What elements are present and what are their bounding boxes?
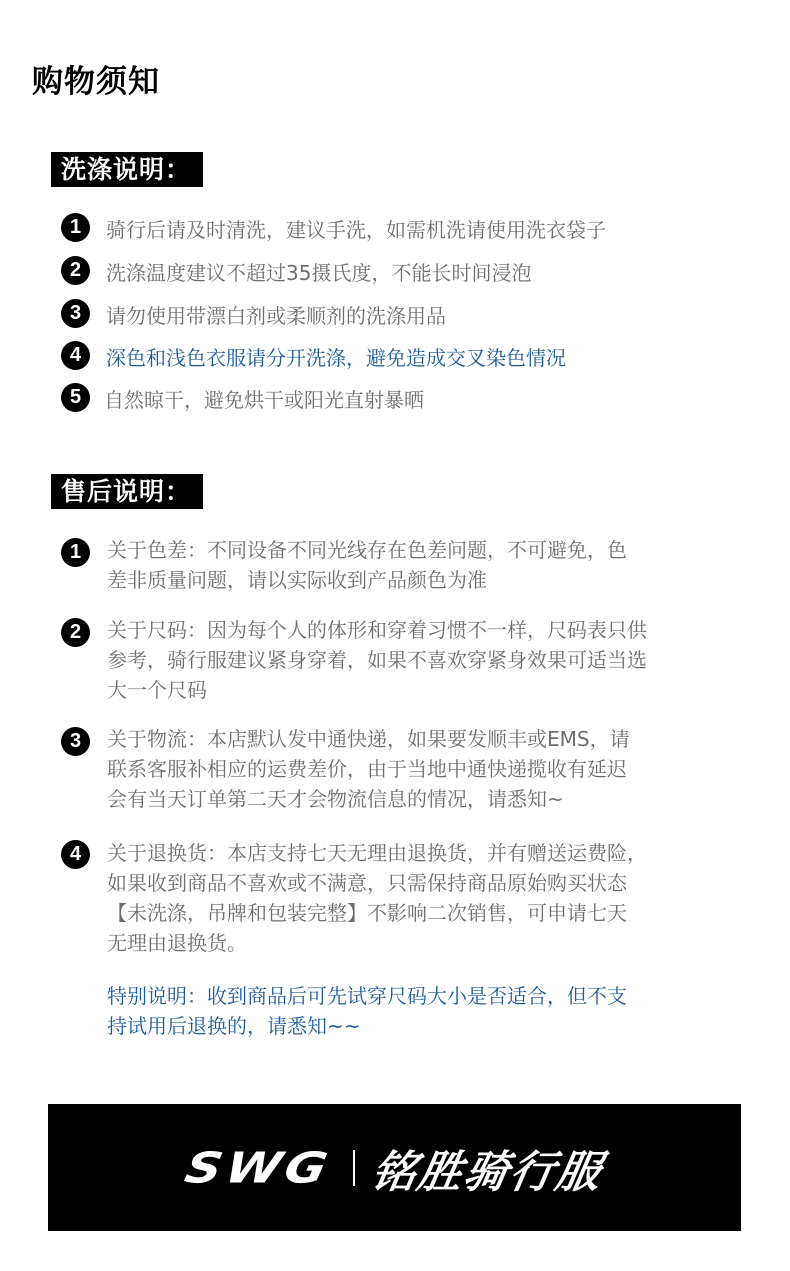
special-note: 特别说明：收到商品后可先试穿尺码大小是否适合，但不支 持试用后退换的，请悉知~~	[107, 981, 707, 1041]
number-badge-icon: 3	[61, 299, 90, 328]
text-line: 持试用后退换的，请悉知~~	[107, 1011, 707, 1041]
text-line: 大一个尺码	[107, 675, 707, 705]
text-line: 如果收到商品不喜欢或不满意，只需保持商品原始购买状态	[107, 868, 707, 898]
after-sales-item-text: 关于退换货：本店支持七天无理由退换货，并有赠送运费险， 如果收到商品不喜欢或不满…	[107, 838, 707, 958]
text-line: 关于色差：不同设备不同光线存在色差问题，不可避免，色	[107, 535, 707, 565]
number-badge-icon: 1	[61, 213, 90, 242]
number-badge-icon: 4	[61, 341, 90, 370]
page-title: 购物须知	[32, 56, 160, 101]
logo-divider	[353, 1150, 355, 1186]
text-line: 特别说明：收到商品后可先试穿尺码大小是否适合，但不支	[107, 981, 707, 1011]
after-sales-section-label: 售后说明：	[51, 474, 203, 509]
washing-item-text: 自然晾干，避免烘干或阳光直射暴晒	[104, 384, 424, 413]
text-line: 【未洗涤，吊牌和包装完整】不影响二次销售，可申请七天	[107, 898, 707, 928]
text-line: 关于尺码：因为每个人的体形和穿着习惯不一样，尺码表只供	[107, 615, 707, 645]
number-badge-icon: 5	[61, 383, 90, 412]
text-line: 参考，骑行服建议紧身穿着，如果不喜欢穿紧身效果可适当选	[107, 645, 707, 675]
text-line: 联系客服补相应的运费差价，由于当地中通快递揽收有延迟	[107, 754, 707, 784]
number-badge-icon: 3	[61, 727, 90, 756]
after-sales-item-text: 关于物流：本店默认发中通快递，如果要发顺丰或EMS，请 联系客服补相应的运费差价…	[107, 724, 707, 814]
brand-logo-cn: 铭胜骑行服	[367, 1136, 608, 1200]
text-line: 差非质量问题，请以实际收到产品颜色为准	[107, 565, 707, 595]
text-line: 关于退换货：本店支持七天无理由退换货，并有赠送运费险，	[107, 838, 707, 868]
text-line: 会有当天订单第二天才会物流信息的情况，请悉知~	[107, 784, 707, 814]
number-badge-icon: 1	[61, 538, 90, 567]
washing-item-text: 深色和浅色衣服请分开洗涤，避免造成交叉染色情况	[106, 342, 566, 371]
brand-banner: SWG 铭胜骑行服	[48, 1104, 741, 1231]
washing-item-text: 请勿使用带漂白剂或柔顺剂的洗涤用品	[106, 300, 446, 329]
number-badge-icon: 2	[61, 618, 90, 647]
after-sales-item-text: 关于尺码：因为每个人的体形和穿着习惯不一样，尺码表只供 参考，骑行服建议紧身穿着…	[107, 615, 707, 705]
text-line: 关于物流：本店默认发中通快递，如果要发顺丰或EMS，请	[107, 724, 707, 754]
after-sales-item-text: 关于色差：不同设备不同光线存在色差问题，不可避免，色 差非质量问题，请以实际收到…	[107, 535, 707, 595]
number-badge-icon: 2	[61, 256, 90, 285]
text-line: 无理由退换货。	[107, 928, 707, 958]
washing-item-text: 骑行后请及时清洗，建议手洗，如需机洗请使用洗衣袋子	[106, 214, 606, 243]
number-badge-icon: 4	[61, 840, 90, 869]
brand-logo-en: SWG	[181, 1143, 336, 1192]
washing-item-text: 洗涤温度建议不超过35摄氏度，不能长时间浸泡	[106, 257, 531, 286]
washing-section-label: 洗涤说明：	[51, 152, 203, 187]
